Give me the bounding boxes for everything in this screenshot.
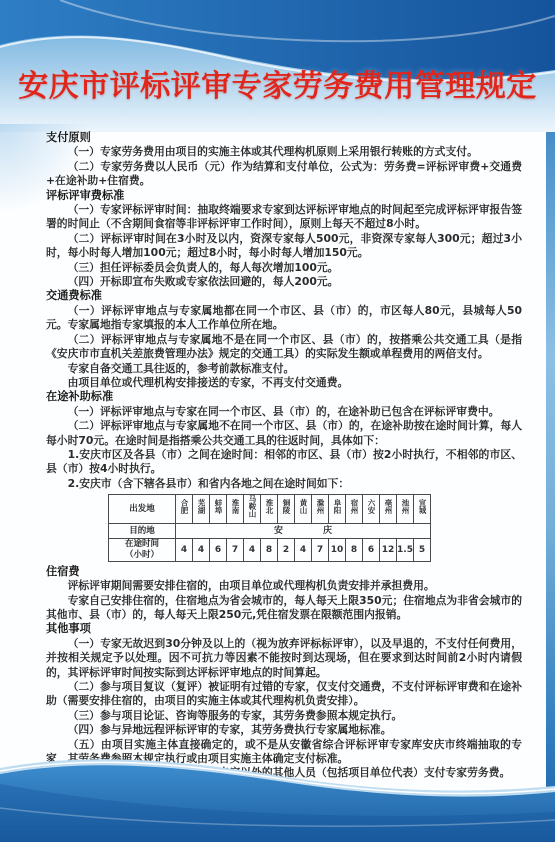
table-cell-city: 宣城	[414, 495, 431, 524]
section-heading: 支付原则	[46, 131, 522, 145]
table-cell-city: 黄山	[295, 495, 312, 524]
paragraph: （四）开标即宣布失败或专家依法回避的，每人200元。	[46, 275, 522, 289]
table-city-label: 合肥	[180, 499, 188, 514]
header-banner: 安庆市评标评审专家劳务费用管理规定	[0, 0, 555, 132]
paragraph: （一）专家劳务费用由项目的实施主体或其代理构机原则上采用银行转账的方式支付。	[46, 145, 522, 159]
poster-page: 安庆市评标评审专家劳务费用管理规定 支付原则（一）专家劳务费用由项目的实施主体或…	[0, 0, 555, 842]
footer-banner	[0, 750, 555, 842]
table-cell-city: 蚌埠	[210, 495, 227, 524]
table-cell-hours: 7	[227, 539, 244, 561]
paragraph: （二）评标评审地点与专家属地不是在同一个市区、县（市）的，按搭乘公共交通工具（是…	[46, 333, 522, 362]
table-cell-hours: 4	[244, 539, 261, 561]
table-cell-hours: 10	[329, 539, 346, 561]
paragraph: （三）参与项目论证、咨询等服务的专家，其劳务费参照本规定执行。	[46, 709, 522, 723]
paragraph: （三）担任评标委员会负责人的，每人每次增加100元。	[46, 261, 522, 275]
paragraph: 专家自备交通工具往返的，参考前款标准支付。	[46, 362, 522, 376]
paragraph: （四）参与异地远程评标评审的专家，其劳务费执行专家属地标准。	[46, 723, 522, 737]
section-heading: 住宿费	[46, 565, 522, 579]
paragraph: （一）评标评审地点与专家属地都在同一个市区、县（市）的，市区每人80元，县城每人…	[46, 304, 522, 333]
section-heading: 其他事项	[46, 622, 522, 636]
table-cell-city: 池州	[397, 495, 414, 524]
table-city-label: 黄山	[299, 499, 307, 514]
table-city-label: 宿州	[350, 499, 358, 514]
table-cell-city: 铜陵	[278, 495, 295, 524]
section-heading: 评标评审费标准	[46, 189, 522, 203]
table-cell-hours: 5	[414, 539, 431, 561]
table-cell-city: 淮北	[261, 495, 278, 524]
table-city-label: 宣城	[418, 499, 426, 514]
paragraph: （二）评标评审时间在3小时及以内，资深专家每人500元，非资深专家每人300元；…	[46, 232, 522, 261]
table-cell-city: 马鞍山	[244, 495, 261, 524]
table-corner-destination: 目的地	[109, 524, 176, 539]
table-city-label: 亳州	[384, 499, 392, 514]
table-city-label: 铜陵	[282, 499, 290, 514]
document-body: 支付原则（一）专家劳务费用由项目的实施主体或其代理构机原则上采用银行转账的方式支…	[46, 131, 522, 781]
paragraph: 由项目单位或代理机构安排接送的专家，不再支付交通费。	[46, 376, 522, 390]
paragraph: （二）专家劳务费以人民币（元）作为结算和支付单位，公式为：劳务费=评标评审费+交…	[46, 160, 522, 189]
table-cell-hours: 4	[176, 539, 193, 561]
table-cell-hours: 8	[261, 539, 278, 561]
table-destination-cell: 安庆	[176, 524, 431, 539]
table-city-label: 六安	[367, 499, 375, 514]
paragraph: 1.安庆市区及各县（市）之间在途时间：相邻的市区、县（市）按2小时执行，不相邻的…	[46, 448, 522, 477]
table-cell-hours: 2	[278, 539, 295, 561]
table-city-label: 马鞍山	[248, 495, 256, 518]
table-city-label: 池州	[401, 499, 409, 514]
table-cell-hours: 6	[210, 539, 227, 561]
table-city-label: 滁州	[316, 499, 324, 514]
table-cell-hours: 6	[363, 539, 380, 561]
paragraph: （一）评标评审地点与专家在同一个市区、县（市）的，在途补助已包含在评标评审费中。	[46, 405, 522, 419]
table-city-label: 阜阳	[333, 499, 341, 514]
table-cell-city: 宿州	[346, 495, 363, 524]
table-city-label: 蚌埠	[214, 499, 222, 514]
paragraph: 评标评审期间需要安排住宿的，由项目单位或代理构机负责安排并承担费用。	[46, 579, 522, 593]
table-cell-city: 阜阳	[329, 495, 346, 524]
table-cell-hours: 12	[380, 539, 397, 561]
table-cell-city: 芜湖	[193, 495, 210, 524]
section-heading: 交通费标准	[46, 289, 522, 303]
page-title: 安庆市评标评审专家劳务费用管理规定	[0, 61, 555, 105]
table-cell-city: 滁州	[312, 495, 329, 524]
table-cell-hours: 4	[193, 539, 210, 561]
table-city-label: 芜湖	[197, 499, 205, 514]
paragraph: （二）参与项目复议（复评）被证明有过错的专家，仅支付交通费，不支付评标评审费和在…	[46, 680, 522, 709]
paragraph: （二）评标评审地点与专家属地不在同一个市区、县（市）的，在途补助按在途时间计算，…	[46, 419, 522, 448]
table-city-label: 淮南	[231, 499, 239, 514]
table-cell-hours: 7	[312, 539, 329, 561]
travel-time-table: 出发地合肥芜湖蚌埠淮南马鞍山淮北铜陵黄山滁州阜阳宿州六安亳州池州宣城目的地安庆在…	[108, 494, 431, 562]
paragraph: （一）专家评标评审时间：抽取终端要求专家到达评标评审地点的时间起至完成评标评审报…	[46, 203, 522, 232]
table-cell-city: 合肥	[176, 495, 193, 524]
section-heading: 在途补助标准	[46, 390, 522, 404]
table-corner-origin: 出发地	[109, 495, 176, 524]
table-cell-hours: 4	[295, 539, 312, 561]
footer-wave-graphic	[0, 750, 555, 842]
table-cell-city: 亳州	[380, 495, 397, 524]
paragraph: 2.安庆市（含下辖各县市）和省内各地之间在途时间如下：	[46, 477, 522, 491]
table-cell-city: 六安	[363, 495, 380, 524]
table-cell-hours: 1.5	[397, 539, 414, 561]
paragraph: 专家自己安排住宿的，住宿地点为省会城市的，每人每天上限350元；住宿地点为非省会…	[46, 594, 522, 623]
table-cell-city: 淮南	[227, 495, 244, 524]
table-city-label: 淮北	[265, 499, 273, 514]
table-corner-duration: 在途时间 （小时）	[109, 539, 176, 561]
table-cell-hours: 8	[346, 539, 363, 561]
paragraph: （一）专家无故迟到30分钟及以上的（视为放弃评标标评审），以及早退的，不支付任何…	[46, 637, 522, 680]
